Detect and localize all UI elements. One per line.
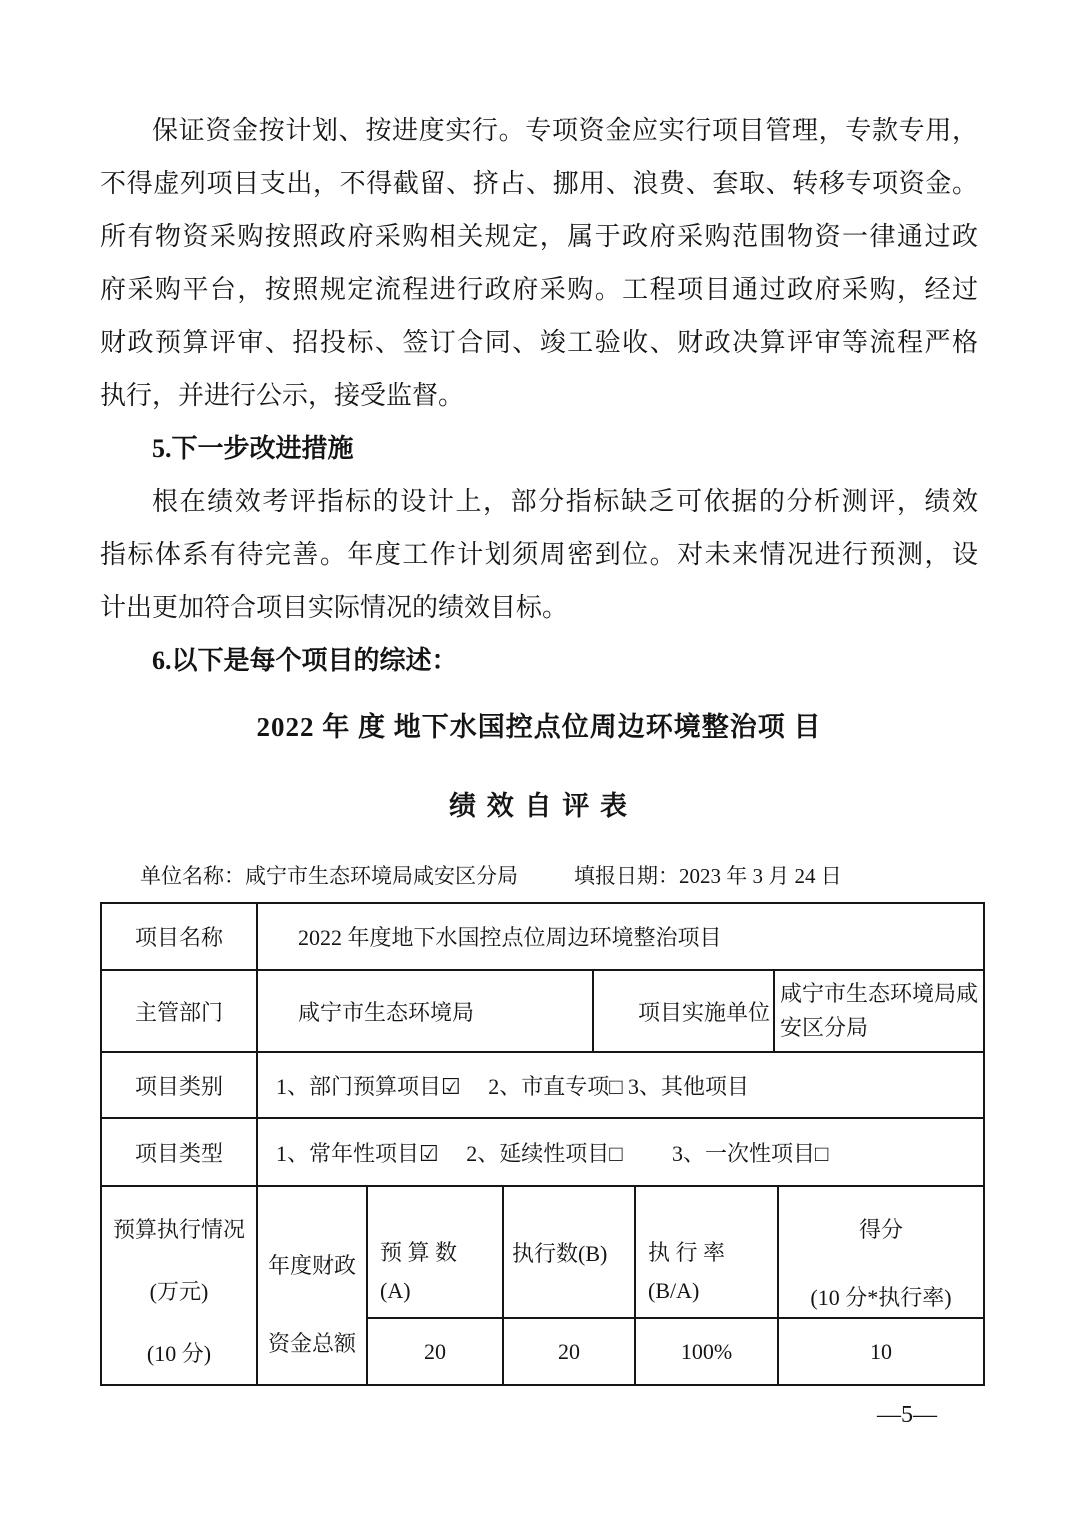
- meta-line: 单位名称：咸宁市生态环境局咸安区分局 填报日期：2023 年 3 月 24 日: [100, 850, 978, 902]
- exec-amount-header: 执行数(B): [502, 1187, 634, 1317]
- annual-fund-label: 年度财政 资金总额: [256, 1187, 366, 1384]
- paragraph-line: 所有物资采购按照政府采购相关规定，属于政府采购范围物资一律通过政: [100, 210, 978, 263]
- table-row-budget: 预算执行情况 (万元) (10 分) 年度财政 资金总额 预 算 数 (A) 执…: [102, 1185, 983, 1384]
- document-page: 保证资金按计划、按进度实行。专项资金应实行项目管理，专款专用， 不得虚列项目支出…: [0, 0, 1074, 1520]
- report-subtitle: 绩 效 自 评 表: [100, 780, 978, 833]
- budget-section-label: 预算执行情况 (万元) (10 分): [102, 1187, 256, 1384]
- table-row: 项目类别 1、部门预算项目☑ 2、市直专项□ 3、其他项目: [102, 1051, 983, 1117]
- dept-label: 主管部门: [102, 971, 256, 1051]
- paragraph-line: 保证资金按计划、按进度实行。专项资金应实行项目管理，专款专用，: [100, 104, 978, 157]
- paragraph-line: 执行，并进行公示，接受监督。: [100, 369, 978, 422]
- budget-section-line: (万元): [150, 1275, 209, 1306]
- paragraph-line: 指标体系有待完善。年度工作计划须周密到位。对未来情况进行预测，设: [100, 528, 978, 581]
- paragraph-line: 不得虚列项目支出，不得截留、挤占、挪用、浪费、套取、转移专项资金。: [100, 157, 978, 210]
- type-options: 1、常年性项目☑ 2、延续性项目□ 3、一次性项目□: [256, 1119, 983, 1185]
- budget-header-row: 预 算 数 (A) 执行数(B) 执 行 率 (B/A) 得分 (10 分*执行…: [368, 1187, 983, 1319]
- table-row: 主管部门 咸宁市生态环境局 项目实施单位 咸宁市生态环境局咸安区分局: [102, 969, 983, 1051]
- budget-section-line: (10 分): [147, 1337, 211, 1368]
- paragraph-line: 计出更加符合项目实际情况的绩效目标。: [100, 581, 978, 634]
- category-label: 项目类别: [102, 1053, 256, 1117]
- type-label: 项目类型: [102, 1119, 256, 1185]
- annual-fund-line: 年度财政: [268, 1249, 356, 1280]
- budget-section-line: 预算执行情况: [113, 1213, 245, 1244]
- score-value: 10: [777, 1319, 983, 1384]
- budget-grid: 预 算 数 (A) 执行数(B) 执 行 率 (B/A) 得分 (10 分*执行…: [366, 1187, 983, 1384]
- dept-value: 咸宁市生态环境局: [256, 971, 592, 1051]
- section-heading-6: 6.以下是每个项目的综述：: [100, 634, 978, 687]
- exec-amount-value: 20: [502, 1319, 634, 1384]
- table-row: 项目名称 2022 年度地下水国控点位周边环境整治项目: [102, 904, 983, 969]
- impl-unit-value: 咸宁市生态环境局咸安区分局: [773, 971, 983, 1051]
- exec-rate-value: 100%: [634, 1319, 777, 1384]
- project-name-label: 项目名称: [102, 904, 256, 969]
- document-content: 保证资金按计划、按进度实行。专项资金应实行项目管理，专款专用， 不得虚列项目支出…: [100, 104, 978, 1386]
- budget-amount-header: 预 算 数 (A): [368, 1187, 502, 1317]
- budget-value-row: 20 20 100% 10: [368, 1319, 983, 1384]
- paragraph-line: 财政预算评审、招投标、签订合同、竣工验收、财政决算评审等流程严格: [100, 316, 978, 369]
- paragraph-line: 府采购平台，按照规定流程进行政府采购。工程项目通过政府采购，经过: [100, 263, 978, 316]
- annual-fund-line: 资金总额: [268, 1327, 356, 1358]
- score-header: 得分 (10 分*执行率): [777, 1187, 983, 1317]
- category-options: 1、部门预算项目☑ 2、市直专项□ 3、其他项目: [256, 1053, 983, 1117]
- report-date: 填报日期：2023 年 3 月 24 日: [574, 850, 842, 902]
- table-row: 项目类型 1、常年性项目☑ 2、延续性项目□ 3、一次性项目□: [102, 1117, 983, 1185]
- report-title: 2022 年 度 地下水国控点位周边环境整治项 目: [100, 701, 978, 754]
- section-heading-5: 5.下一步改进措施: [100, 422, 978, 475]
- self-evaluation-table: 项目名称 2022 年度地下水国控点位周边环境整治项目 主管部门 咸宁市生态环境…: [100, 902, 985, 1386]
- paragraph-line: 根在绩效考评指标的设计上，部分指标缺乏可依据的分析测评，绩效: [100, 475, 978, 528]
- exec-rate-header: 执 行 率 (B/A): [634, 1187, 777, 1317]
- project-name-value: 2022 年度地下水国控点位周边环境整治项目: [256, 904, 983, 969]
- impl-unit-label: 项目实施单位: [592, 971, 773, 1051]
- budget-amount-value: 20: [368, 1319, 502, 1384]
- unit-name: 单位名称：咸宁市生态环境局咸安区分局: [140, 850, 518, 902]
- page-number: —5—: [877, 1398, 937, 1432]
